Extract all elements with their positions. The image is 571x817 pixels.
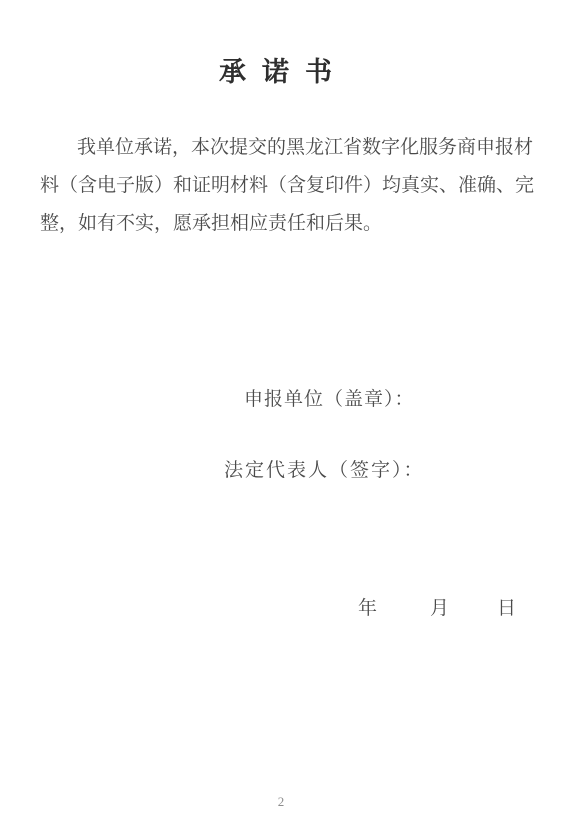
document-page: 承诺书 我单位承诺，本次提交的黑龙江省数字化服务商申报材 料（含电子版）和证明材…: [0, 0, 571, 817]
legal-representative-signature-label: 法定代表人（签字）：: [224, 455, 425, 482]
paragraph-line-2: 料（含电子版）和证明材料（含复印件）均真实、准确、完: [40, 167, 521, 205]
date-line: 年 月 日: [0, 593, 571, 619]
page-number: 2: [271, 794, 291, 810]
commitment-paragraph: 我单位承诺，本次提交的黑龙江省数字化服务商申报材 料（含电子版）和证明材料（含复…: [40, 129, 521, 243]
date-month-label: 月: [430, 593, 449, 620]
date-year-label: 年: [358, 593, 377, 620]
document-title: 承诺书: [0, 50, 571, 89]
paragraph-line-3: 整，如有不实，愿承担相应责任和后果。: [40, 205, 521, 243]
applicant-unit-seal-label: 申报单位（盖章）：: [244, 384, 415, 411]
paragraph-line-1: 我单位承诺，本次提交的黑龙江省数字化服务商申报材: [40, 129, 521, 167]
date-day-label: 日: [497, 593, 516, 620]
